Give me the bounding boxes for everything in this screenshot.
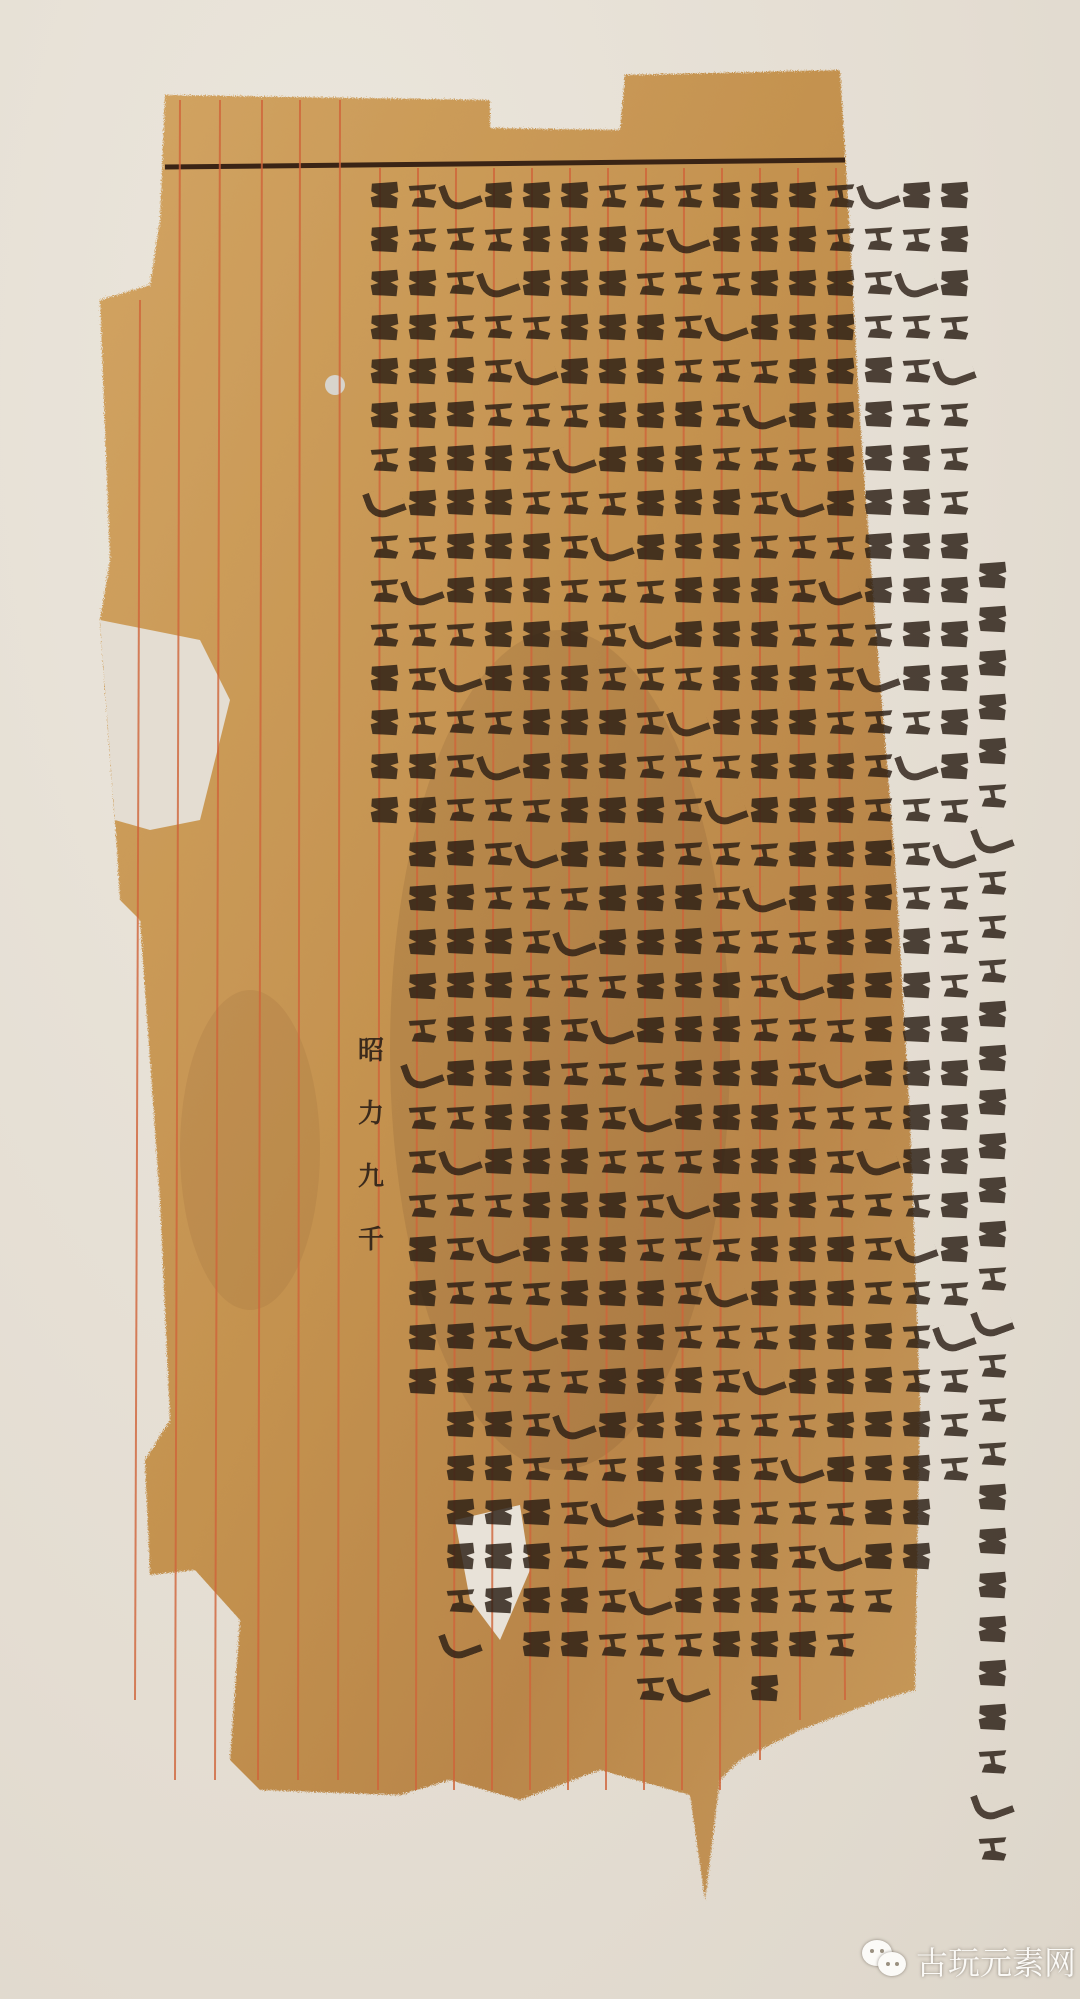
glyph [484,970,514,1000]
glyph [522,619,552,649]
glyph [522,663,552,693]
glyph [864,1058,894,1088]
glyph [940,1409,970,1439]
glyph [788,1058,818,1088]
glyph [674,1102,704,1132]
glyph [750,487,780,517]
glyph [674,399,704,429]
glyph [864,1233,894,1263]
glyph [446,1497,476,1527]
glyph [826,312,856,342]
glyph [666,219,711,259]
glyph [826,180,856,210]
glyph [750,575,780,605]
glyph [560,400,590,430]
glyph [370,268,400,298]
glyph [978,911,1008,941]
glyph [970,819,1015,859]
glyph [598,1410,628,1440]
glyph [590,527,635,567]
text-column [518,180,555,1659]
glyph [750,443,780,473]
glyph [674,882,704,912]
glyph [978,955,1008,985]
glyph [636,1322,666,1352]
glyph [902,970,932,1000]
glyph [522,751,552,781]
glyph [864,926,894,956]
glyph [522,180,552,210]
glyph [902,575,932,605]
glyph [370,312,400,342]
glyph [446,355,476,385]
glyph [560,1278,590,1308]
glyph [522,1541,552,1571]
glyph [674,1629,704,1659]
glyph [826,971,856,1001]
glyph [438,1141,483,1181]
glyph [902,224,932,254]
glyph [598,1278,628,1308]
glyph [484,1365,514,1395]
glyph [408,224,438,254]
glyph [446,267,476,297]
glyph [560,487,590,517]
glyph [636,488,666,518]
glyph [940,1014,970,1044]
glyph [788,1322,818,1352]
glyph [750,1058,780,1088]
glyph [712,268,742,298]
glyph [674,619,704,649]
glyph [864,1453,894,1483]
glyph [674,663,704,693]
glyph [636,1673,666,1703]
glyph [940,312,970,342]
glyph [522,1146,552,1176]
glyph [902,926,932,956]
glyph [864,1585,894,1615]
glyph [560,1146,590,1176]
glyph [560,312,590,342]
glyph [598,971,628,1001]
glyph [560,575,590,605]
glyph [750,531,780,561]
glyph [636,1146,666,1176]
glyph [788,312,818,342]
glyph [826,707,856,737]
glyph [446,1058,476,1088]
glyph [674,794,704,824]
glyph [636,707,666,737]
glyph [788,268,818,298]
glyph [408,1366,438,1396]
glyph [902,1190,932,1220]
text-column [822,180,859,1659]
glyph [750,707,780,737]
glyph [712,926,742,956]
glyph [788,1585,818,1615]
glyph [636,1454,666,1484]
text-column [556,180,593,1659]
glyph [978,1570,1008,1600]
glyph [484,1277,514,1307]
glyph [788,400,818,430]
glyph [438,658,483,698]
glyph [370,575,400,605]
glyph [674,180,704,210]
glyph [408,751,438,781]
glyph [750,926,780,956]
glyph [674,1233,704,1263]
glyph [864,1365,894,1395]
glyph [750,1453,780,1483]
glyph [484,1409,514,1439]
glyph [750,1278,780,1308]
glyph [598,663,628,693]
glyph [408,356,438,386]
glyph [978,1394,1008,1424]
glyph [742,1361,787,1401]
glyph [788,883,818,913]
glyph [940,1146,970,1176]
glyph [788,444,818,474]
glyph [902,838,932,868]
glyph [750,356,780,386]
glyph [902,1102,932,1132]
glyph [750,1146,780,1176]
glyph [856,1141,901,1181]
glyph [704,307,749,347]
glyph [560,1102,590,1132]
glyph [484,443,514,473]
glyph [712,1102,742,1132]
glyph [750,268,780,298]
glyph [712,1585,742,1615]
glyph [446,706,476,736]
glyph [932,351,977,391]
glyph [598,795,628,825]
glyph [446,619,476,649]
text-column [974,560,1011,1863]
glyph [826,795,856,825]
glyph [408,268,438,298]
glyph [636,356,666,386]
colophon-char: 昭 [358,1030,384,1067]
glyph [408,1102,438,1132]
glyph [408,488,438,518]
glyph [712,1541,742,1571]
glyph [902,663,932,693]
glyph [408,707,438,737]
text-column [708,180,745,1659]
glyph [636,268,666,298]
glyph [750,1585,780,1615]
glyph [636,444,666,474]
glyph [628,615,673,655]
glyph [788,1410,818,1440]
glyph [598,619,628,649]
glyph [864,267,894,297]
glyph [522,1278,552,1308]
glyph [856,175,901,215]
glyph [598,1234,628,1264]
glyph [522,1014,552,1044]
glyph [446,1365,476,1395]
glyph [560,268,590,298]
glyph [978,999,1008,1029]
glyph [864,311,894,341]
glyph [788,1366,818,1396]
glyph [522,970,552,1000]
glyph [864,443,894,473]
glyph [712,180,742,210]
glyph [894,1229,939,1269]
glyph [864,1541,894,1571]
glyph [370,663,400,693]
glyph [628,1098,673,1138]
text-column [366,180,403,825]
glyph [978,560,1008,590]
wechat-icon [862,1940,908,1982]
glyph [560,619,590,649]
glyph [978,1263,1008,1293]
glyph [522,1585,552,1615]
glyph [636,312,666,342]
glyph [476,746,521,786]
glyph [636,1542,666,1572]
glyph [522,882,552,912]
glyph [940,1278,970,1308]
glyph [476,263,521,303]
glyph [864,1409,894,1439]
glyph [712,355,742,385]
glyph [674,1014,704,1044]
glyph [750,312,780,342]
glyph [514,834,559,874]
glyph [674,311,704,341]
glyph [826,224,856,254]
glyph [408,1190,438,1220]
glyph [940,180,970,210]
glyph [560,1497,590,1527]
glyph [522,795,552,825]
glyph [590,1010,635,1050]
glyph [856,658,901,698]
glyph [940,663,970,693]
glyph [636,1498,666,1528]
glyph [978,867,1008,897]
glyph [438,175,483,215]
glyph [590,1493,635,1533]
glyph [780,1449,825,1489]
glyph [636,927,666,957]
glyph [826,356,856,386]
glyph [826,839,856,869]
glyph [864,355,894,385]
glyph [978,1614,1008,1644]
glyph [864,1014,894,1044]
glyph [666,702,711,742]
glyph [788,663,818,693]
glyph [940,795,970,825]
glyph [446,926,476,956]
glyph [788,1278,818,1308]
glyph [446,399,476,429]
glyph [628,1581,673,1621]
glyph [560,707,590,737]
glyph [864,1189,894,1219]
glyph [408,1234,438,1264]
glyph [788,180,818,210]
colophon-char: 九 [358,1156,384,1193]
glyph [826,883,856,913]
glyph [978,1746,1008,1776]
glyph [636,180,666,210]
glyph [712,1629,742,1659]
glyph [750,1322,780,1352]
glyph [560,1541,590,1571]
glyph [788,619,818,649]
glyph [484,355,514,385]
glyph [712,531,742,561]
glyph [370,795,400,825]
glyph [522,575,552,605]
glyph [750,1190,780,1220]
glyph [750,970,780,1000]
text-column [404,180,441,1396]
glyph [522,224,552,254]
glyph [902,487,932,517]
glyph [978,1658,1008,1688]
glyph [370,707,400,737]
glyph [636,1190,666,1220]
glyph [560,1366,590,1396]
glyph [970,1302,1015,1342]
glyph [400,571,445,611]
glyph [408,1322,438,1352]
glyph [932,1317,977,1357]
glyph [940,531,970,561]
glyph [902,531,932,561]
glyph [712,751,742,781]
glyph [674,838,704,868]
glyph [484,1497,514,1527]
glyph [446,1189,476,1219]
colophon-char: 力 [358,1093,384,1130]
glyph [902,1146,932,1176]
glyph [978,1526,1008,1556]
glyph [408,971,438,1001]
glyph [522,1629,552,1659]
glyph [522,443,552,473]
glyph [446,1233,476,1263]
glyph [522,1190,552,1220]
glyph [598,1322,628,1352]
glyph [560,1190,590,1220]
glyph [560,1629,590,1659]
glyph [902,1453,932,1483]
glyph [446,531,476,561]
glyph [446,1541,476,1571]
glyph [978,780,1008,810]
glyph [598,1190,628,1220]
glyph [560,224,590,254]
glyph [522,1102,552,1132]
glyph [446,794,476,824]
glyph [704,790,749,830]
glyph [902,1014,932,1044]
glyph [712,1497,742,1527]
glyph [484,1585,514,1615]
glyph [902,1277,932,1307]
glyph [902,311,932,341]
text-column [898,180,935,1571]
glyph [902,180,932,210]
glyph [514,1317,559,1357]
glyph [788,1102,818,1132]
glyph [864,575,894,605]
glyph [818,1054,863,1094]
glyph [598,444,628,474]
glyph [560,1453,590,1483]
glyph [446,838,476,868]
text-column [670,180,707,1702]
glyph [484,838,514,868]
glyph [978,1833,1008,1863]
glyph [636,1234,666,1264]
glyph [484,882,514,912]
glyph [940,487,970,517]
glyph [666,1185,711,1225]
glyph [750,839,780,869]
glyph [788,1014,818,1044]
glyph [408,400,438,430]
glyph [970,1785,1015,1825]
glyph [560,1014,590,1044]
glyph [712,838,742,868]
glyph [598,1366,628,1396]
glyph [560,180,590,210]
glyph [674,1365,704,1395]
glyph [598,1058,628,1088]
glyph [400,1054,445,1094]
glyph [940,575,970,605]
glyph [636,839,666,869]
glyph [370,180,400,210]
glyph [826,268,856,298]
glyph [978,692,1008,722]
glyph [978,1175,1008,1205]
glyph [674,750,704,780]
glyph [750,751,780,781]
glyph [826,1410,856,1440]
glyph [408,532,438,562]
glyph [636,1629,666,1659]
glyph [598,883,628,913]
glyph [978,1043,1008,1073]
watermark-text: 古玩元素网 [916,1938,1076,1984]
glyph [636,751,666,781]
glyph [598,927,628,957]
glyph [446,1321,476,1351]
glyph [446,882,476,912]
glyph [674,531,704,561]
glyph [598,751,628,781]
glyph [408,927,438,957]
glyph [408,1146,438,1176]
glyph [598,356,628,386]
